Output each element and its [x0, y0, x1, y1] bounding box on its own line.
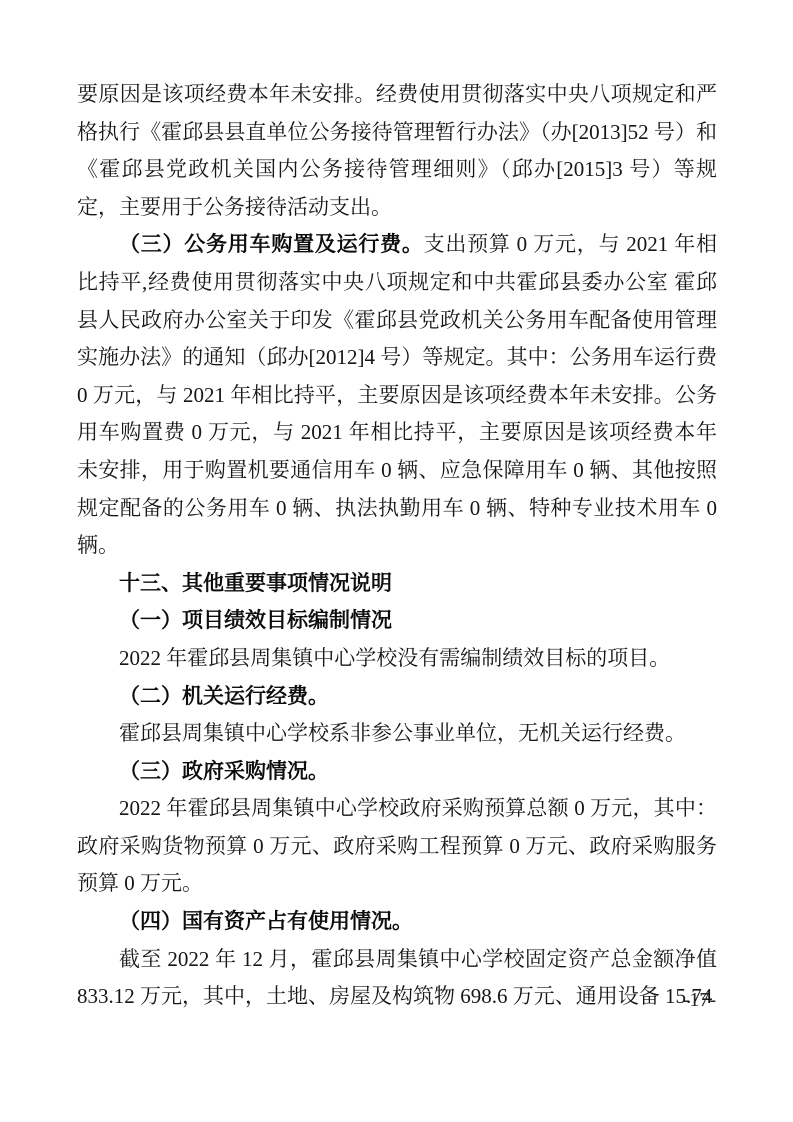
section-heading: （一）项目绩效目标编制情况	[77, 602, 717, 640]
paragraph-text: 霍邱县周集镇中心学校系非参公事业单位，无机关运行经费。	[119, 721, 686, 745]
paragraph: 要原因是该项经费本年未安排。经费使用贯彻落实中央八项规定和严格执行《霍邱县县直单…	[77, 76, 717, 226]
heading-text: （三）政府采购情况。	[119, 760, 329, 783]
section-heading: （三）政府采购情况。	[77, 753, 717, 791]
section-heading: （四）国有资产占有使用情况。	[77, 903, 717, 941]
paragraph: 2022 年霍邱县周集镇中心学校政府采购预算总额 0 万元，其中：政府采购货物预…	[77, 790, 717, 903]
paragraph: 霍邱县周集镇中心学校系非参公事业单位，无机关运行经费。	[77, 715, 717, 753]
paragraph-lead-text: （三）公务用车购置及运行费。	[119, 233, 424, 256]
document-body: 要原因是该项经费本年未安排。经费使用贯彻落实中央八项规定和严格执行《霍邱县县直单…	[77, 76, 717, 1016]
heading-text: （四）国有资产占有使用情况。	[119, 910, 413, 933]
section-heading: （二）机关运行经费。	[77, 678, 717, 716]
heading-text: 十三、其他重要事项情况说明	[119, 572, 392, 595]
paragraph-text: 2022 年霍邱县周集镇中心学校没有需编制绩效目标的项目。	[119, 646, 670, 670]
paragraph: 2022 年霍邱县周集镇中心学校没有需编制绩效目标的项目。	[77, 640, 717, 678]
paragraph: （三）公务用车购置及运行费。支出预算 0 万元，与 2021 年相比持平,经费使…	[77, 226, 717, 564]
document-page: 要原因是该项经费本年未安排。经费使用贯彻落实中央八项规定和严格执行《霍邱县县直单…	[0, 0, 793, 1122]
paragraph-text: 2022 年霍邱县周集镇中心学校政府采购预算总额 0 万元，其中：政府采购货物预…	[77, 796, 717, 895]
paragraph-text: 支出预算 0 万元，与 2021 年相比持平,经费使用贯彻落实中央八项规定和中共…	[77, 232, 717, 557]
section-heading: 十三、其他重要事项情况说明	[77, 565, 717, 603]
paragraph-text: 要原因是该项经费本年未安排。经费使用贯彻落实中央八项规定和严格执行《霍邱县县直单…	[77, 82, 717, 219]
heading-text: （二）机关运行经费。	[119, 685, 329, 708]
heading-text: （一）项目绩效目标编制情况	[119, 609, 392, 632]
page-number: -17-	[0, 988, 716, 1012]
